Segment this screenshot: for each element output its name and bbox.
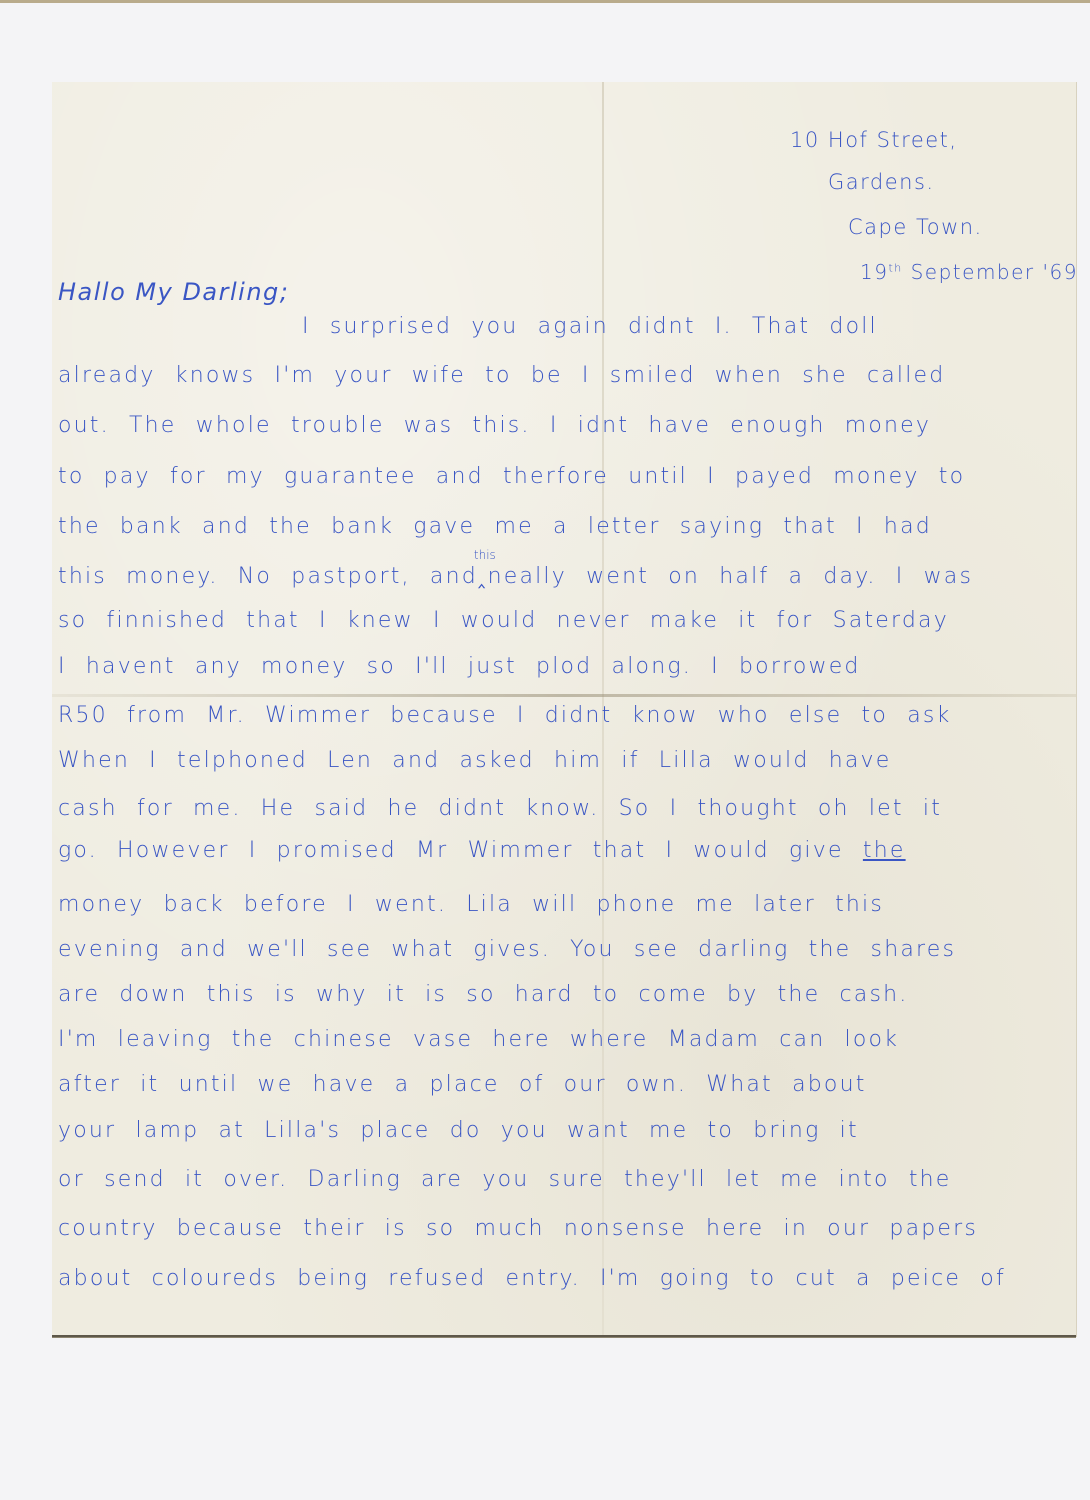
body-line-text: this money. No pastport, and	[58, 564, 478, 589]
date-month-year: September '69	[911, 260, 1078, 284]
body-line: out. The whole trouble was this. I idnt …	[58, 413, 931, 438]
body-line: I surprised you again didnt I. That doll	[302, 314, 878, 339]
body-line: go. However I promised Mr Wimmer that I …	[58, 838, 906, 863]
body-line: or send it over. Darling are you sure th…	[58, 1167, 952, 1192]
fold-crease-horizontal	[52, 694, 1076, 697]
address-suburb: Gardens.	[828, 170, 935, 194]
body-line: about coloureds being refused entry. I'm…	[58, 1266, 1006, 1291]
body-line-text: neally went on half a day. I was	[488, 564, 974, 589]
body-line: after it until we have a place of our ow…	[58, 1072, 867, 1097]
date-day: 19	[860, 260, 888, 284]
body-line: to pay for my guarantee and therfore unt…	[58, 464, 965, 489]
body-line: evening and we'll see what gives. You se…	[58, 937, 956, 962]
body-line: your lamp at Lilla's place do you want m…	[58, 1118, 859, 1143]
body-line: the bank and the bank gave me a letter s…	[58, 514, 932, 539]
letter-date: 19th September '69	[860, 260, 1078, 284]
inserted-word: this	[474, 548, 496, 562]
body-line: country because their is so much nonsens…	[58, 1216, 978, 1241]
scan-border	[0, 0, 1090, 3]
address-street: 10 Hof Street,	[790, 128, 958, 152]
body-line: cash for me. He said he didnt know. So I…	[58, 796, 942, 821]
caret-insertion: this‸	[478, 564, 488, 589]
letter-page: 10 Hof Street, Gardens. Cape Town. 19th …	[52, 82, 1076, 1337]
body-line: already knows I'm your wife to be I smil…	[58, 363, 945, 388]
body-line: When I telphoned Len and asked him if Li…	[58, 748, 892, 773]
body-line: are down this is why it is so hard to co…	[58, 982, 908, 1007]
body-line: R50 from Mr. Wimmer because I didnt know…	[58, 703, 952, 728]
address-city: Cape Town.	[848, 215, 983, 239]
body-line-text: go. However I promised Mr Wimmer that I …	[58, 838, 844, 863]
body-line: I havent any money so I'll just plod alo…	[58, 654, 861, 679]
body-line: so finnished that I knew I would never m…	[58, 608, 949, 633]
body-line: money back before I went. Lila will phon…	[58, 892, 884, 917]
date-suffix: th	[888, 261, 902, 274]
body-line: I'm leaving the chinese vase here where …	[58, 1027, 899, 1052]
greeting: Hallo My Darling;	[58, 278, 289, 306]
body-line: this money. No pastport, andthis‸neally …	[58, 564, 973, 589]
underlined-word: the	[863, 838, 906, 863]
